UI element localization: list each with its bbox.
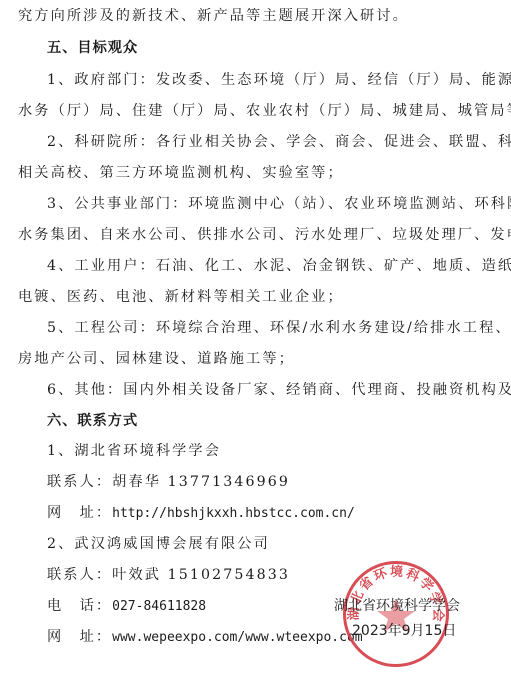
audience-item-6-line1: 6、其他：国内外相关设备厂家、经销商、代理商、投融资机构及新闻媒体。 [47,380,511,400]
audience-item-5-line1: 5、工程公司：环境综合治理、环保/水利水务建设/给排水工程、环境服务、 [47,318,511,338]
audience-item-1-line1: 1、政府部门：发改委、生态环境（厅）局、经信（厅）局、能源局、水利 [47,70,511,90]
org2-web-label: 网 址： [47,629,112,645]
org2-phone-value: 027-84611828 [112,599,206,614]
signature-org: 湖北省环境科学学会 [334,595,460,615]
document-page: 究方向所涉及的新技术、新产品等主题展开深入研讨。 五、目标观众 1、政府部门：发… [0,0,511,686]
org1-name: 1、湖北省环境科学学会 [47,441,221,461]
org2-phone-label: 电 话： [47,598,112,614]
audience-item-3-line1: 3、公共事业部门：环境监测中心（站）、农业环境监测站、环科院（所）、 [47,194,511,214]
section5-heading: 五、目标观众 [47,38,138,58]
audience-item-2-line2: 相关高校、第三方环境监测机构、实验室等； [18,163,344,183]
audience-item-1-line2: 水务（厅）局、住建（厅）局、农业农村（厅）局、城建局、城管局等； [18,101,511,121]
org2-contact-label: 联系人： [47,567,112,583]
audience-item-2-line1: 2、科研院所：各行业相关协会、学会、商会、促进会、联盟、科研单位、 [47,132,511,152]
intro-tail-text: 究方向所涉及的新技术、新产品等主题展开深入研讨。 [18,6,409,26]
org1-web-link[interactable]: http://hbshjkxxh.hbstcc.com.cn/ [112,506,355,521]
audience-item-5-line2: 房地产公司、园林建设、道路施工等； [18,349,295,369]
org2-name: 2、武汉鸿威国博会展有限公司 [47,534,270,554]
audience-item-4-line1: 4、工业用户：石油、化工、水泥、冶金钢铁、矿产、地质、造纸、印刷、 [47,256,511,276]
org2-contact-row: 联系人：叶效武 15102754833 [47,565,290,585]
org2-web-row: 网 址：www.wepeexpo.com/www.wteexpo.com [47,627,363,648]
section6-heading: 六、联系方式 [47,411,138,431]
org1-contact-row: 联系人：胡春华 13771346969 [47,472,290,492]
org1-web-label: 网 址： [47,505,112,521]
org2-contact-value: 叶效武 15102754833 [112,567,290,583]
org1-web-row: 网 址：http://hbshjkxxh.hbstcc.com.cn/ [47,503,355,524]
org2-phone-row: 电 话：027-84611828 [47,596,206,617]
audience-item-3-line2: 水务集团、自来水公司、供排水公司、污水处理厂、垃圾处理厂、发电厂等； [18,225,511,245]
audience-item-4-line2: 电镀、医药、电池、新材料等相关工业企业； [18,287,344,307]
org1-contact-label: 联系人： [47,474,112,490]
org2-web-link[interactable]: www.wepeexpo.com/www.wteexpo.com [112,630,362,645]
signature-date: 2023年9月15日 [352,620,456,640]
org1-contact-value: 胡春华 13771346969 [112,474,290,490]
